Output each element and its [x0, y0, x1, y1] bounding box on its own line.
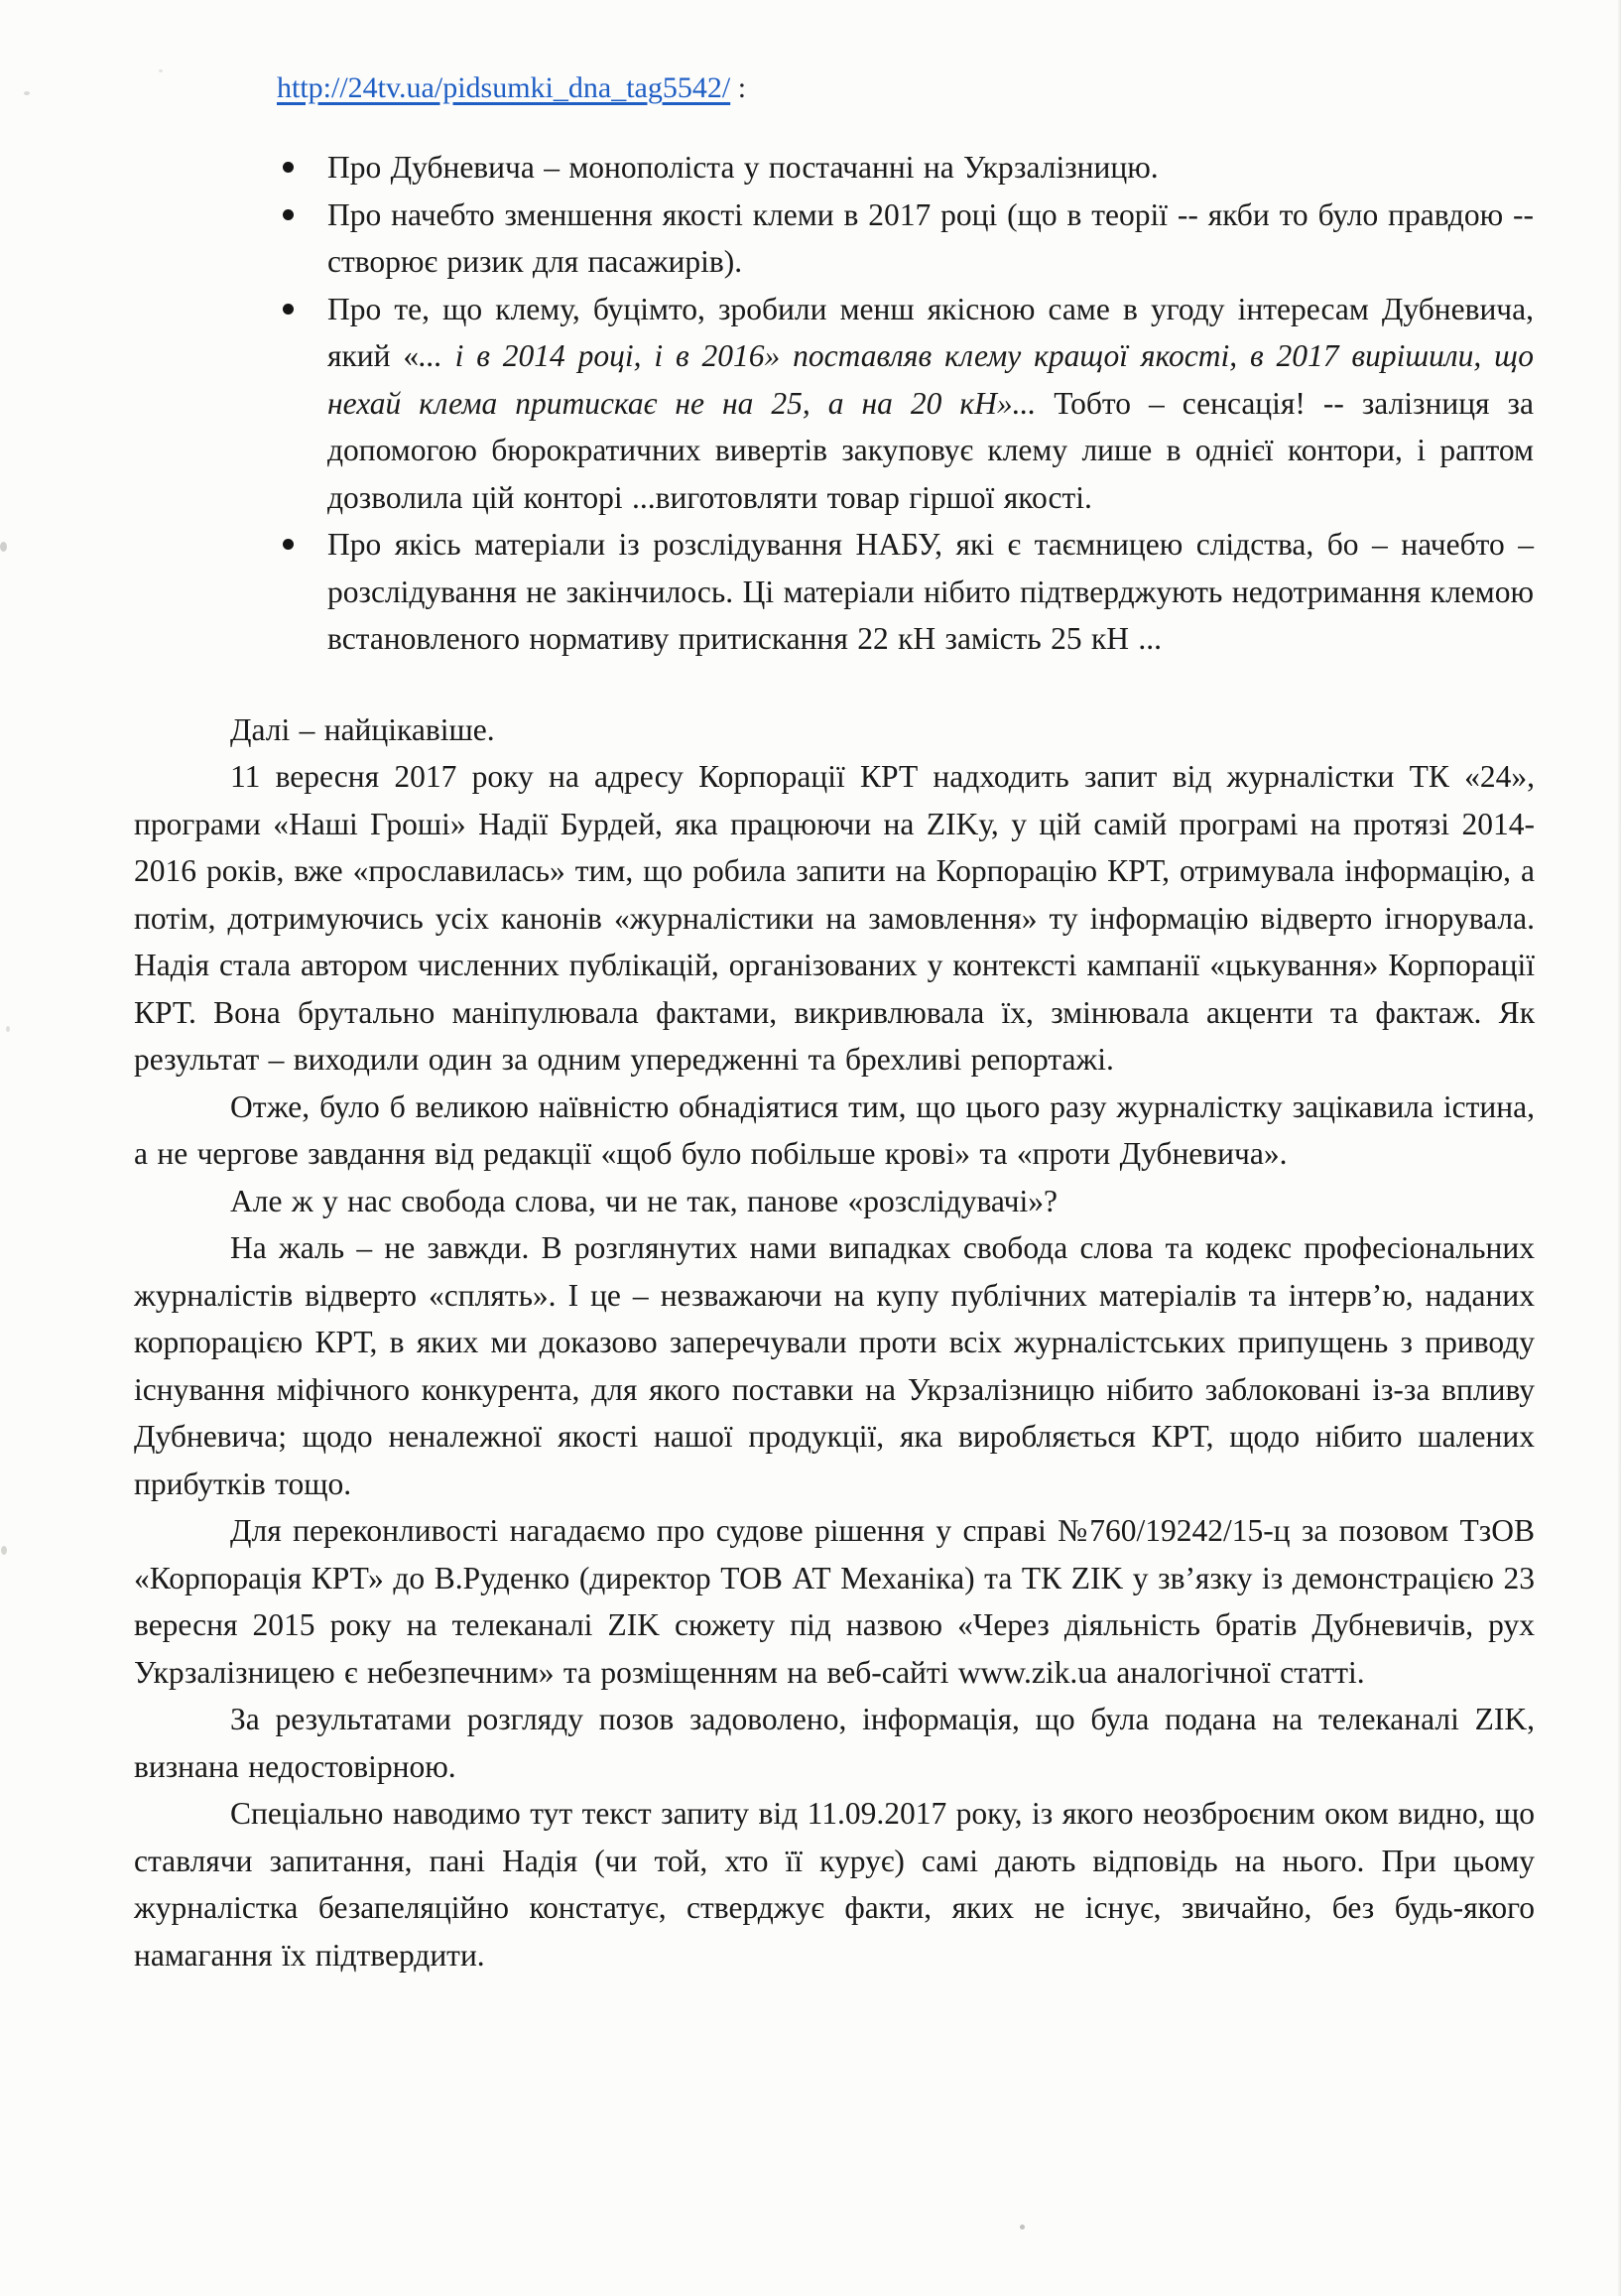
paragraph: Далі – найцікавіше. [134, 706, 1535, 754]
bullet-icon [283, 209, 294, 220]
source-link[interactable]: http://24tv.ua/pidsumki_dna_tag5542/ [277, 71, 730, 104]
list-item: Про Дубневича – монополіста у постачанні… [327, 144, 1534, 191]
document-body: Далі – найцікавіше. 11 вересня 2017 року… [134, 706, 1535, 1979]
scan-speck [1020, 2225, 1025, 2230]
source-link-row: http://24tv.ua/pidsumki_dna_tag5542/ : [277, 65, 1621, 111]
scan-speck [6, 1026, 10, 1032]
bullet-text: Про якісь матеріали із розслідування НАБ… [327, 527, 1534, 656]
bullet-text: Про Дубневича – монополіста у постачанні… [327, 150, 1159, 185]
scan-speck [159, 69, 163, 72]
bullet-icon [283, 539, 294, 550]
bullet-list: Про Дубневича – монополіста у постачанні… [327, 144, 1534, 663]
scan-edge-shadow [1617, 0, 1621, 2296]
scan-speck [1, 1546, 7, 1555]
paragraph: На жаль – не завжди. В розглянутих нами … [134, 1224, 1535, 1507]
bullet-text: Про начебто зменшення якості клеми в 201… [327, 197, 1534, 280]
paragraph: Для переконливості нагадаємо про судове … [134, 1507, 1535, 1696]
bullet-icon [283, 162, 294, 173]
scan-speck [0, 542, 7, 552]
paragraph: Спеціально наводимо тут текст запиту від… [134, 1790, 1535, 1978]
scan-speck [24, 91, 30, 95]
paragraph: За результатами розгляду позов задоволен… [134, 1696, 1535, 1790]
link-suffix-colon: : [738, 71, 746, 104]
paragraph: 11 вересня 2017 року на адресу Корпораці… [134, 753, 1535, 1084]
link-suffix-colon [730, 71, 738, 104]
scanned-document-page: http://24tv.ua/pidsumki_dna_tag5542/ : П… [0, 0, 1621, 2296]
list-item: Про начебто зменшення якості клеми в 201… [327, 191, 1534, 286]
list-item: Про те, що клему, буцімто, зробили менш … [327, 286, 1534, 522]
bullet-icon [283, 304, 294, 315]
paragraph: Отже, було б великою наївністю обнадіяти… [134, 1084, 1535, 1178]
list-item: Про якісь матеріали із розслідування НАБ… [327, 521, 1534, 663]
paragraph: Але ж у нас свобода слова, чи не так, па… [134, 1178, 1535, 1225]
